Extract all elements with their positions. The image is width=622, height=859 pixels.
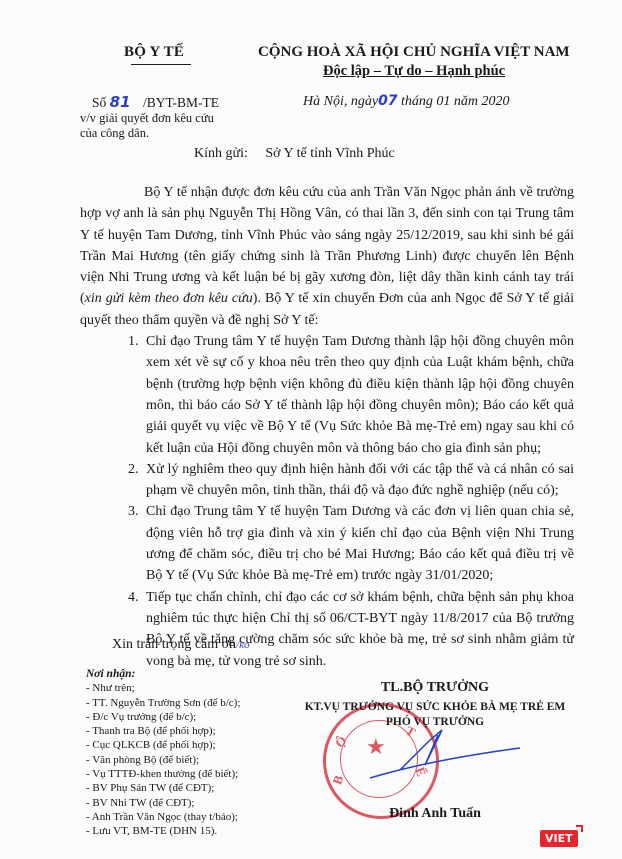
letter-body: Bộ Y tế nhận được đơn kêu cứu của anh Tr…	[80, 182, 574, 672]
intro-italic-note: xin gửi kèm theo đơn kêu cứu	[85, 291, 253, 306]
request-list: Chỉ đạo Trung tâm Y tế huyện Tam Dương t…	[80, 331, 574, 672]
ministry-name: BỘ Y TẾ	[124, 44, 184, 61]
closing: Xin trân trọng cảm ơn/ko	[112, 637, 250, 653]
doc-number-handwritten: 81	[110, 93, 140, 111]
subject-line-2: của công dân.	[80, 126, 214, 141]
day-handwritten: 07	[378, 93, 397, 109]
recipients-block: Nơi nhận: - Như trên; - TT. Nguyễn Trườn…	[86, 667, 240, 839]
signer-name: Đinh Anh Tuấn	[290, 806, 580, 822]
recipient-item: - BV Phụ Sản TW (để CĐT);	[86, 781, 240, 795]
date-suffix: tháng 01 năm 2020	[401, 94, 510, 109]
recipient-item: - Vụ TTTĐ-khen thưởng (để biết);	[86, 767, 240, 781]
handwritten-initials: /ko	[236, 639, 249, 651]
addressee-label: Kính gửi:	[194, 146, 248, 161]
list-item: Chỉ đạo Trung tâm Y tế huyện Tam Dương v…	[142, 501, 574, 586]
list-item: Chỉ đạo Trung tâm Y tế huyện Tam Dương t…	[142, 331, 574, 459]
addressee: Kính gửi: Sở Y tế tỉnh Vĩnh Phúc	[194, 146, 395, 162]
intro-paragraph: Bộ Y tế nhận được đơn kêu cứu của anh Tr…	[80, 182, 574, 331]
national-motto: Độc lập – Tự do – Hạnh phúc	[323, 63, 505, 80]
ministry-underline	[131, 64, 191, 65]
place-prefix: Hà Nội, ngày	[303, 94, 378, 109]
place-date: Hà Nội, ngày07 tháng 01 năm 2020	[303, 93, 510, 110]
recipient-item: - Anh Trần Văn Ngọc (thay t/báo);	[86, 810, 240, 824]
doc-number-suffix: /BYT-BM-TE	[143, 95, 219, 110]
recipient-item: - Văn phòng Bộ (để biết);	[86, 753, 240, 767]
closing-text: Xin trân trọng cảm ơn	[112, 637, 236, 652]
intro-text: Bộ Y tế nhận được đơn kêu cứu của anh Tr…	[80, 185, 574, 306]
list-item: Xử lý nghiêm theo quy định hiện hành đối…	[142, 459, 574, 502]
recipient-item: - TT. Nguyễn Trường Sơn (để b/c);	[86, 696, 240, 710]
document-number: Số 81 /BYT-BM-TE	[92, 93, 219, 111]
signature-title-2: KT.VỤ TRƯỞNG VỤ SỨC KHỎE BÀ MẸ TRẺ EM	[290, 701, 580, 713]
recipient-item: - Như trên;	[86, 681, 240, 695]
recipients-header: Nơi nhận:	[86, 667, 240, 681]
recipient-item: - Đ/c Vụ trưởng (để b/c);	[86, 710, 240, 724]
document-subject: v/v giải quyết đơn kêu cứu của công dân.	[80, 111, 214, 141]
signature-title-1: TL.BỘ TRƯỞNG	[290, 680, 580, 696]
subject-line-1: v/v giải quyết đơn kêu cứu	[80, 111, 214, 126]
recipient-item: - BV Nhi TW (để CĐT);	[86, 796, 240, 810]
handwritten-signature-icon	[330, 720, 520, 780]
recipient-item: - Lưu VT, BM-TE (DHN 15).	[86, 824, 240, 838]
doc-number-prefix: Số	[92, 95, 106, 110]
list-item: Tiếp tục chấn chỉnh, chỉ đạo các cơ sở k…	[142, 587, 574, 672]
addressee-name: Sở Y tế tỉnh Vĩnh Phúc	[265, 146, 394, 161]
viet-watermark-logo: VIET	[540, 830, 578, 847]
recipient-item: - Thanh tra Bộ (để phối hợp);	[86, 724, 240, 738]
recipient-item: - Cục QLKCB (để phối hợp);	[86, 738, 240, 752]
nation-title: CỘNG HOÀ XÃ HỘI CHỦ NGHĨA VIỆT NAM	[258, 44, 570, 61]
